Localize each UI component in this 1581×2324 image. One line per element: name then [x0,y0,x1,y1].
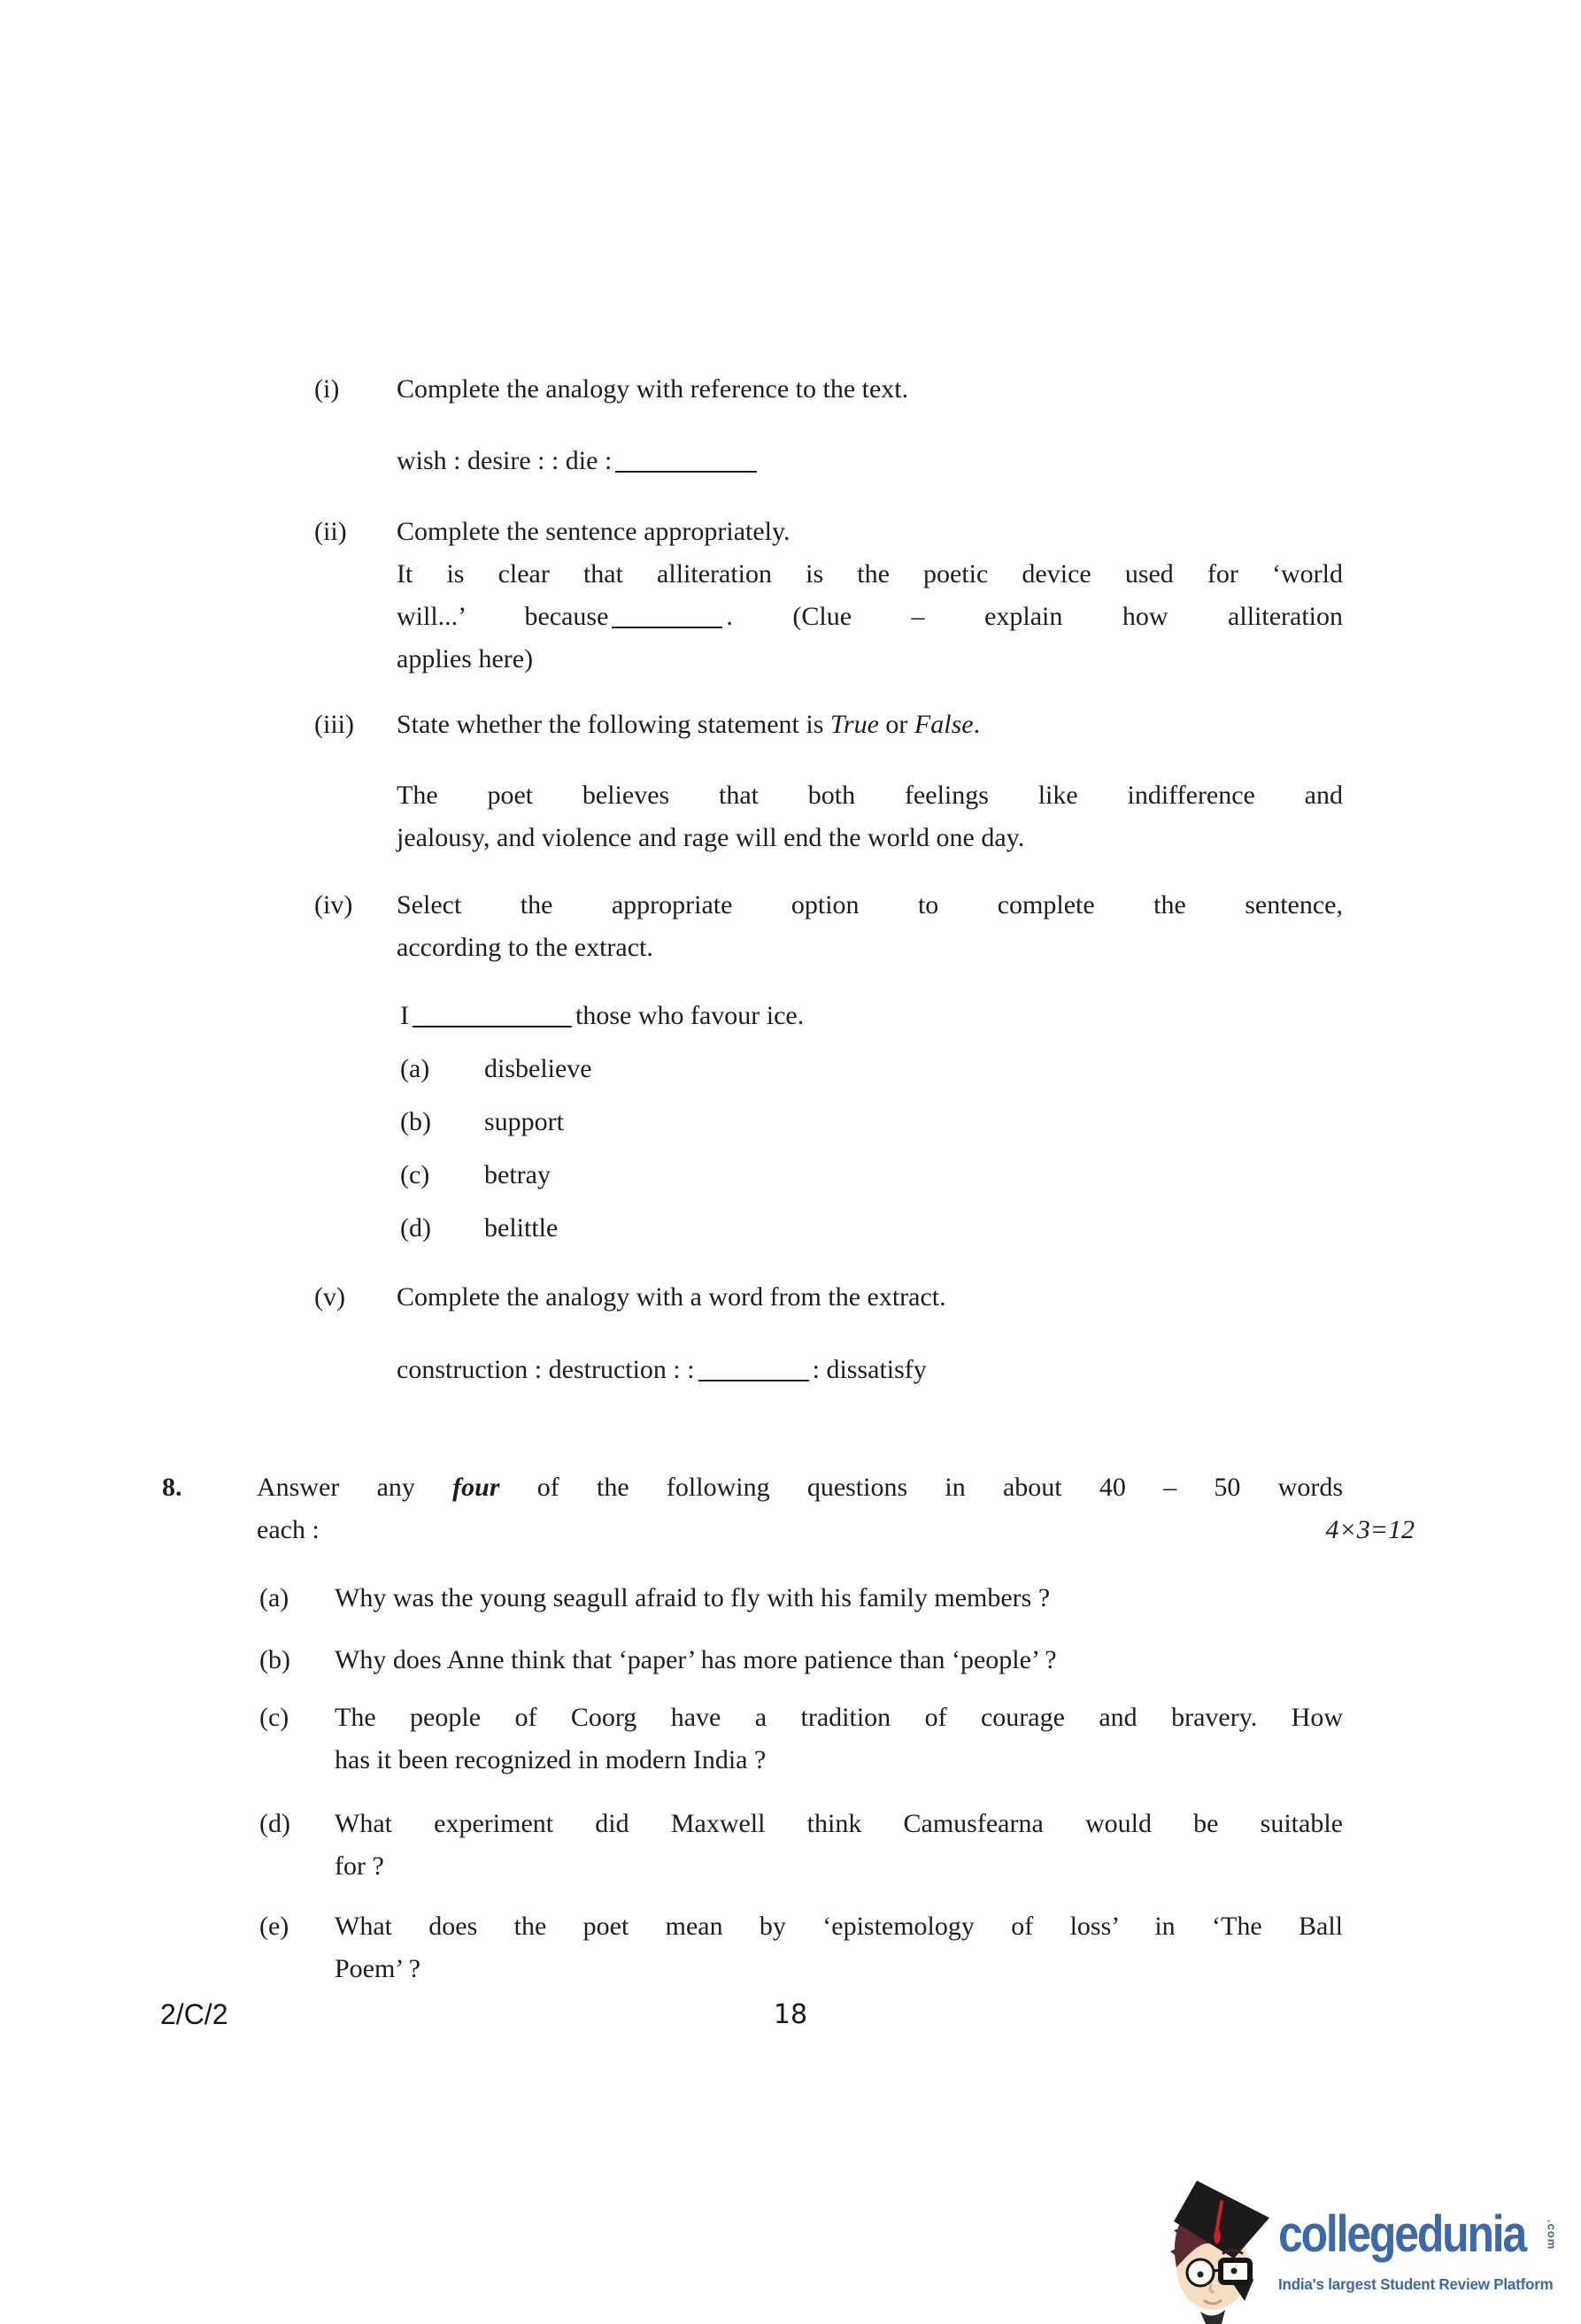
page-number: 18 [0,1997,1581,2033]
four-word: four [452,1473,499,1502]
question-iv-fill-line: Ithose who favour ice. [400,995,1343,1037]
marks-badge: 4×3=12 [1326,1509,1415,1551]
question-8-stem-post: of the following questions in about 40 –… [500,1473,1344,1502]
logo-text-block: collegedunia .com India's largest Studen… [1275,2177,1573,2324]
brand-tagline: India's largest Student Review Platform [1278,2273,1554,2296]
question-8e: (e) What does the poet mean by ‘epistemo… [335,1905,1343,1990]
question-8e-label: (e) [259,1905,289,1948]
question-iii-body: The poet believes that both feelings lik… [397,774,1343,859]
question-8-stem-line1: Answer any four of the following questio… [257,1466,1343,1509]
or-word: or [879,710,914,739]
fill-in-blank [698,1353,809,1381]
question-iii-line1-pre: State whether the following statement is [397,710,830,739]
option-b: (b) support [400,1101,931,1143]
question-v-label: (v) [314,1276,345,1319]
exam-paper-page: (i) Complete the analogy with reference … [0,0,1581,2324]
question-8b-line1: Why does Anne think that ‘paper’ has mor… [335,1639,1343,1681]
question-iii-label: (iii) [314,704,354,746]
question-iii-line1: State whether the following statement is… [397,704,1343,746]
question-8a-line1: Why was the young seagull afraid to fly … [335,1577,1343,1620]
question-8d-line2: for ? [335,1845,1343,1888]
option-d-text: belittle [484,1207,558,1250]
question-iv: (iv) Select the appropriate option to co… [397,884,1343,969]
question-i: (i) Complete the analogy with reference … [397,368,1343,411]
question-iv-label: (iv) [314,884,352,927]
question-iv-line2: according to the extract. [397,927,1343,969]
option-c-label: (c) [400,1160,429,1189]
question-v-line1: Complete the analogy with a word from th… [397,1276,1343,1319]
question-ii-line3-pre: will...’ because [397,602,608,631]
question-iii-body-line1: The poet believes that both feelings lik… [397,774,1343,817]
question-i-fill-line: wish : desire : : die : [397,440,1343,482]
question-v-fill-post: : dissatisfy [813,1355,927,1384]
period: . [974,710,981,739]
question-ii-line2: It is clear that alliteration is the poe… [397,553,1343,596]
option-a-label: (a) [400,1054,429,1083]
question-8-stem-pre: Answer any [257,1473,452,1502]
question-ii-line3-post: . (Clue – explain how alliteration [726,602,1343,631]
each-label: each : [257,1515,320,1544]
fill-in-blank [615,444,757,473]
question-8-number: 8. [162,1466,182,1509]
option-b-text: support [484,1101,564,1143]
question-ii-line3: will...’ because. (Clue – explain how al… [397,596,1343,638]
question-ii-line1: Complete the sentence appropriately. [397,511,1343,553]
brand-name: collegedunia [1278,2209,1525,2260]
false-word: False [914,710,974,739]
question-v-fill-line: construction : destruction : :: dissatis… [397,1349,1343,1391]
question-ii: (ii) Complete the sentence appropriately… [397,511,1343,681]
question-8e-line2: Poem’ ? [335,1948,1343,1990]
option-a: (a) disbelieve [400,1048,931,1090]
brand-tld: .com [1531,2209,1573,2259]
option-c-text: betray [484,1154,551,1197]
collegedunia-logo: collegedunia .com India's largest Studen… [1167,2177,1581,2324]
question-v: (v) Complete the analogy with a word fro… [397,1276,1343,1319]
question-8d: (d) What experiment did Maxwell think Ca… [335,1803,1343,1888]
question-i-fill-pre: wish : desire : : die : [397,446,612,475]
collegedunia-mascot-icon [1167,2177,1275,2324]
question-ii-line4: applies here) [397,638,1343,681]
question-8b: (b) Why does Anne think that ‘paper’ has… [335,1639,1343,1681]
question-8c-line1: The people of Coorg have a tradition of … [335,1697,1343,1739]
question-8d-label: (d) [259,1803,290,1845]
option-d-label: (d) [400,1213,431,1243]
option-b-label: (b) [400,1107,431,1136]
option-c: (c) betray [400,1154,931,1197]
question-8a-label: (a) [259,1577,289,1620]
question-iii-body-line2: jealousy, and violence and rage will end… [397,817,1343,859]
true-word: True [830,710,879,739]
fill-in-blank [413,999,572,1027]
question-8b-label: (b) [259,1639,290,1681]
question-8a: (a) Why was the young seagull afraid to … [335,1577,1343,1620]
option-d: (d) belittle [400,1207,931,1250]
question-8c-label: (c) [259,1697,289,1739]
question-iii: (iii) State whether the following statem… [397,704,1343,746]
question-8-stem-line2: each :4×3=12 [257,1509,1343,1551]
question-iv-line1: Select the appropriate option to complet… [397,884,1343,927]
fill-in-blank [612,600,722,628]
question-8c: (c) The people of Coorg have a tradition… [335,1697,1343,1781]
question-i-line1: Complete the analogy with reference to t… [397,368,1343,411]
question-8e-line1: What does the poet mean by ‘epistemology… [335,1905,1343,1948]
question-ii-label: (ii) [314,511,347,553]
question-i-label: (i) [314,368,339,411]
option-a-text: disbelieve [484,1048,592,1090]
question-8c-line2: has it been recognized in modern India ? [335,1739,1343,1781]
question-iv-fill-post: those who favour ice. [575,1001,804,1030]
question-8-stem: 8. Answer any four of the following ques… [257,1466,1343,1551]
question-v-fill-pre: construction : destruction : : [397,1355,695,1384]
question-8d-line1: What experiment did Maxwell think Camusf… [335,1803,1343,1845]
question-iv-fill-pre: I [400,1001,409,1030]
